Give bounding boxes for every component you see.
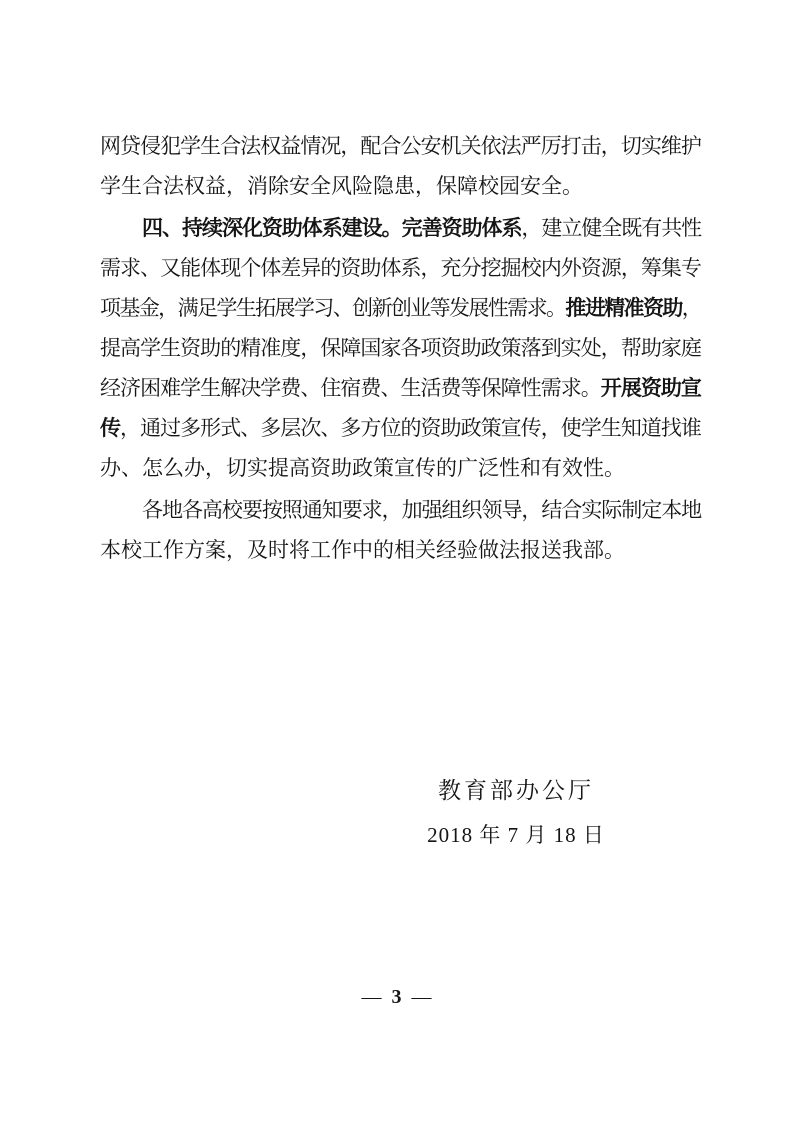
- bold-char: 宣: [681, 368, 701, 408]
- char: 制: [621, 490, 641, 530]
- char: 业: [410, 288, 429, 328]
- char: 需: [507, 288, 526, 328]
- char: 的: [320, 248, 340, 288]
- text-line: 学生合法权益，消除安全风险隐患，保障校园安全。: [100, 166, 701, 206]
- char: 、: [320, 408, 340, 448]
- char: 充: [441, 248, 461, 288]
- char: 况: [320, 126, 340, 166]
- char: 度: [280, 328, 300, 368]
- char: 次: [300, 408, 320, 448]
- char: 专: [681, 248, 701, 288]
- char: 的: [400, 408, 420, 448]
- char: 体: [380, 248, 400, 288]
- text-run: 办、怎么办，切实提高资助政策宣传的广泛性和有效性。: [100, 456, 625, 480]
- bold-char: 进: [585, 288, 604, 328]
- bold-char: 助: [282, 208, 302, 248]
- bold-char: 善: [422, 208, 442, 248]
- char: 落: [521, 328, 541, 368]
- char: 通: [140, 408, 160, 448]
- footer-left-dash: —: [362, 986, 382, 1008]
- char: 位: [380, 408, 400, 448]
- bold-char: 系: [501, 208, 521, 248]
- char: 性: [681, 208, 701, 248]
- bold-char: 持: [182, 208, 202, 248]
- char: 合: [220, 126, 240, 166]
- char: 项: [421, 328, 441, 368]
- char: 策: [481, 408, 501, 448]
- char: 系: [400, 248, 420, 288]
- text-line: 传，通过多形式、多层次、多方位的资助政策宣传，使学生知道找谁: [100, 408, 701, 448]
- char: 助: [360, 248, 380, 288]
- char: 难: [160, 368, 180, 408]
- signature-author: 教育部办公厅: [356, 769, 676, 813]
- char: 依: [481, 126, 501, 166]
- bold-char: 化: [242, 208, 262, 248]
- char: 庭: [681, 328, 701, 368]
- char: 学: [260, 368, 280, 408]
- char: 集: [661, 248, 681, 288]
- char: 要: [342, 490, 362, 530]
- char: 地: [681, 490, 701, 530]
- char: 机: [441, 126, 461, 166]
- char: 地: [162, 490, 182, 530]
- char: 金: [139, 288, 158, 328]
- char: 导: [501, 490, 521, 530]
- char: 求: [561, 368, 581, 408]
- char: 保: [320, 328, 340, 368]
- char: ，: [601, 126, 621, 166]
- char: 助: [441, 408, 461, 448]
- char: 要: [242, 490, 262, 530]
- char: 国: [360, 328, 380, 368]
- char: 家: [380, 328, 400, 368]
- bold-char: 深: [222, 208, 242, 248]
- char: 过: [160, 408, 180, 448]
- char: 保: [481, 368, 501, 408]
- signature-date: 2018 年 7 月 18 日: [356, 813, 676, 857]
- document-page: 网贷侵犯学生合法权益情况，配合公安机关依法严厉打击，切实维护学生合法权益，消除安…: [0, 0, 793, 1122]
- char: 各: [182, 490, 202, 530]
- char: 形: [200, 408, 220, 448]
- char: 资: [421, 408, 441, 448]
- char: 费: [441, 368, 461, 408]
- char: 处: [581, 328, 601, 368]
- char: 学: [216, 288, 235, 328]
- char: 体: [200, 248, 220, 288]
- text-line: 四、持续深化资助体系建设。完善资助体系，建立健全既有共性: [100, 208, 701, 248]
- char: 精: [240, 328, 260, 368]
- char: 关: [461, 126, 481, 166]
- char: 犯: [160, 126, 180, 166]
- char: 按: [262, 490, 282, 530]
- text-line: 各地各高校要按照通知要求，加强组织领导，结合实际制定本地: [100, 490, 701, 530]
- char: 贷: [120, 126, 140, 166]
- bold-char: 推: [565, 288, 584, 328]
- char: ，: [682, 288, 701, 328]
- char: ，: [521, 208, 541, 248]
- bold-char: 准: [624, 288, 643, 328]
- char: 资: [340, 248, 360, 288]
- char: 异: [300, 248, 320, 288]
- char: 多: [260, 408, 280, 448]
- char: 外: [561, 248, 581, 288]
- char: 配: [360, 126, 380, 166]
- char: 学: [180, 368, 200, 408]
- char: 使: [561, 408, 581, 448]
- char: ，: [601, 328, 621, 368]
- char: 、: [333, 288, 352, 328]
- char: 严: [521, 126, 541, 166]
- text-line: 需求、又能体现个体差异的资助体系，充分挖掘校内外资源，筹集专: [100, 248, 701, 288]
- char: 际: [601, 490, 621, 530]
- char: 助: [200, 328, 220, 368]
- char: 学: [140, 328, 160, 368]
- char: 益: [280, 126, 300, 166]
- char: 校: [222, 490, 242, 530]
- char: 谁: [681, 408, 701, 448]
- char: 助: [461, 328, 481, 368]
- char: 道: [641, 408, 661, 448]
- char: 内: [541, 248, 561, 288]
- bold-char: 、: [162, 208, 182, 248]
- char: 济: [120, 368, 140, 408]
- char: 宿: [340, 368, 360, 408]
- paragraph-1: 网贷侵犯学生合法权益情况，配合公安机关依法严厉打击，切实维护学生合法权益，消除安…: [100, 126, 701, 206]
- char: 护: [681, 126, 701, 166]
- char: 资: [441, 328, 461, 368]
- char: 源: [601, 248, 621, 288]
- char: 挖: [481, 248, 501, 288]
- char: 多: [340, 408, 360, 448]
- char: 、: [380, 368, 400, 408]
- char: 策: [501, 328, 521, 368]
- char: 传: [521, 408, 541, 448]
- char: 合: [561, 490, 581, 530]
- bold-char: 传: [100, 408, 120, 448]
- page-number: 3: [392, 986, 402, 1008]
- bold-char: 续: [202, 208, 222, 248]
- char: ，: [382, 490, 402, 530]
- char: 新: [371, 288, 390, 328]
- char: 领: [481, 490, 501, 530]
- char: 障: [501, 368, 521, 408]
- char: 展: [275, 288, 294, 328]
- char: 足: [197, 288, 216, 328]
- char: 权: [260, 126, 280, 166]
- char: ，: [621, 248, 641, 288]
- char: 方: [360, 408, 380, 448]
- bold-char: 资: [442, 208, 462, 248]
- char: 需: [541, 368, 561, 408]
- char: 组: [442, 490, 462, 530]
- char: 全: [601, 208, 621, 248]
- bold-char: 精: [604, 288, 623, 328]
- char: 式: [220, 408, 240, 448]
- bold-char: 资: [262, 208, 282, 248]
- char: 实: [561, 328, 581, 368]
- char: 经: [100, 368, 120, 408]
- char: 求: [362, 490, 382, 530]
- char: 共: [661, 208, 681, 248]
- char: 展: [468, 288, 487, 328]
- char: 习: [313, 288, 332, 328]
- char: 各: [142, 490, 162, 530]
- char: 创: [391, 288, 410, 328]
- char: 找: [661, 408, 681, 448]
- char: 网: [100, 126, 120, 166]
- char: 等: [461, 368, 481, 408]
- bold-char: 设: [362, 208, 382, 248]
- char: 需: [100, 248, 120, 288]
- bold-char: 开: [601, 368, 621, 408]
- char: 提: [100, 328, 120, 368]
- char: 学: [180, 126, 200, 166]
- char: 校: [521, 248, 541, 288]
- char: 定: [641, 490, 661, 530]
- char: 求: [120, 248, 140, 288]
- char: 学: [294, 288, 313, 328]
- char: 高: [202, 490, 222, 530]
- char: 等: [430, 288, 449, 328]
- bold-char: 展: [621, 368, 641, 408]
- char: 维: [661, 126, 681, 166]
- char: 拓: [255, 288, 274, 328]
- bold-char: 完: [402, 208, 422, 248]
- char: 困: [140, 368, 160, 408]
- char: 、: [300, 368, 320, 408]
- char: 准: [260, 328, 280, 368]
- char: 体: [260, 248, 280, 288]
- bold-char: 建: [342, 208, 362, 248]
- text-line: 提高学生资助的精准度，保障国家各项资助政策落到实处，帮助家庭: [100, 328, 701, 368]
- char: 知: [621, 408, 641, 448]
- char: 障: [340, 328, 360, 368]
- bold-char: 。: [382, 208, 402, 248]
- document-body: 网贷侵犯学生合法权益情况，配合公安机关依法严厉打击，切实维护学生合法权益，消除安…: [100, 126, 701, 570]
- char: 政: [461, 408, 481, 448]
- char: 结: [541, 490, 561, 530]
- char: 宣: [501, 408, 521, 448]
- bold-char: 助: [462, 208, 482, 248]
- char: 生: [200, 126, 220, 166]
- paragraph-2: 四、持续深化资助体系建设。完善资助体系，建立健全既有共性需求、又能体现个体差异的…: [100, 208, 701, 488]
- text-line: 网贷侵犯学生合法权益情况，配合公安机关依法严厉打击，切实维护: [100, 126, 701, 166]
- char: 求: [527, 288, 546, 328]
- char: 解: [220, 368, 240, 408]
- text-run: 本校工作方案，及时将工作中的相关经验做法报送我部。: [100, 538, 625, 562]
- char: 打: [561, 126, 581, 166]
- text-run: 学生合法权益，消除安全风险隐患，保障校园安全。: [100, 174, 583, 198]
- char: 发: [449, 288, 468, 328]
- char: 、: [140, 248, 160, 288]
- char: 。: [581, 368, 601, 408]
- char: ，: [340, 126, 360, 166]
- char: 法: [240, 126, 260, 166]
- char: 生: [400, 368, 420, 408]
- bold-char: 四: [142, 208, 162, 248]
- char: 到: [541, 328, 561, 368]
- char: 侵: [140, 126, 160, 166]
- char: 击: [581, 126, 601, 166]
- bold-char: 资: [643, 288, 662, 328]
- text-line: 项基金，满足学生拓展学习、创新创业等发展性需求。推进精准资助，: [100, 288, 701, 328]
- char: 又: [160, 248, 180, 288]
- char: 建: [541, 208, 561, 248]
- char: ，: [158, 288, 177, 328]
- char: 性: [488, 288, 507, 328]
- char: 有: [641, 208, 661, 248]
- char: 公: [400, 126, 420, 166]
- char: 性: [521, 368, 541, 408]
- char: 、: [240, 408, 260, 448]
- char: 实: [581, 490, 601, 530]
- paragraph-3: 各地各高校要按照通知要求，加强组织领导，结合实际制定本地本校工作方案，及时将工作…: [100, 490, 701, 570]
- text-line: 经济困难学生解决学费、住宿费、生活费等保障性需求。开展资助宣: [100, 368, 701, 408]
- char: 安: [421, 126, 441, 166]
- char: 费: [280, 368, 300, 408]
- char: 。: [546, 288, 565, 328]
- char: 合: [380, 126, 400, 166]
- char: ，: [421, 248, 441, 288]
- bold-char: 体: [302, 208, 322, 248]
- bold-char: 体: [481, 208, 501, 248]
- char: 本: [661, 490, 681, 530]
- char: 个: [240, 248, 260, 288]
- char: 既: [621, 208, 641, 248]
- char: 差: [280, 248, 300, 288]
- char: 情: [300, 126, 320, 166]
- char: 健: [581, 208, 601, 248]
- bold-char: 资: [641, 368, 661, 408]
- char: 创: [352, 288, 371, 328]
- bold-char: 系: [322, 208, 342, 248]
- char: 知: [322, 490, 342, 530]
- char: 强: [422, 490, 442, 530]
- char: 生: [236, 288, 255, 328]
- char: 织: [462, 490, 482, 530]
- char: 助: [641, 328, 661, 368]
- char: 切: [621, 126, 641, 166]
- char: 生: [601, 408, 621, 448]
- char: 照: [282, 490, 302, 530]
- char: 通: [302, 490, 322, 530]
- text-line: 本校工作方案，及时将工作中的相关经验做法报送我部。: [100, 530, 701, 570]
- char: 生: [160, 328, 180, 368]
- char: 能: [180, 248, 200, 288]
- char: 帮: [621, 328, 641, 368]
- char: 实: [641, 126, 661, 166]
- char: 生: [200, 368, 220, 408]
- char: 项: [100, 288, 119, 328]
- char: 学: [581, 408, 601, 448]
- char: 加: [402, 490, 422, 530]
- char: 多: [180, 408, 200, 448]
- signature-block: 教育部办公厅 2018 年 7 月 18 日: [356, 769, 676, 857]
- page-footer: —3—: [0, 982, 793, 1012]
- char: 筹: [641, 248, 661, 288]
- bold-char: 助: [662, 288, 681, 328]
- char: 政: [481, 328, 501, 368]
- char: 分: [461, 248, 481, 288]
- char: 层: [280, 408, 300, 448]
- char: 费: [360, 368, 380, 408]
- footer-right-dash: —: [412, 986, 432, 1008]
- char: 资: [180, 328, 200, 368]
- char: 各: [400, 328, 420, 368]
- char: 家: [661, 328, 681, 368]
- char: ，: [521, 490, 541, 530]
- char: ，: [120, 408, 140, 448]
- char: 基: [119, 288, 138, 328]
- char: 掘: [501, 248, 521, 288]
- char: 决: [240, 368, 260, 408]
- char: 住: [320, 368, 340, 408]
- char: 资: [581, 248, 601, 288]
- char: 厉: [541, 126, 561, 166]
- text-line: 办、怎么办，切实提高资助政策宣传的广泛性和有效性。: [100, 448, 701, 488]
- char: 现: [220, 248, 240, 288]
- char: 的: [220, 328, 240, 368]
- char: 立: [561, 208, 581, 248]
- char: 活: [421, 368, 441, 408]
- char: 高: [120, 328, 140, 368]
- char: 满: [178, 288, 197, 328]
- bold-char: 助: [661, 368, 681, 408]
- char: ，: [541, 408, 561, 448]
- char: ，: [300, 328, 320, 368]
- char: 法: [501, 126, 521, 166]
